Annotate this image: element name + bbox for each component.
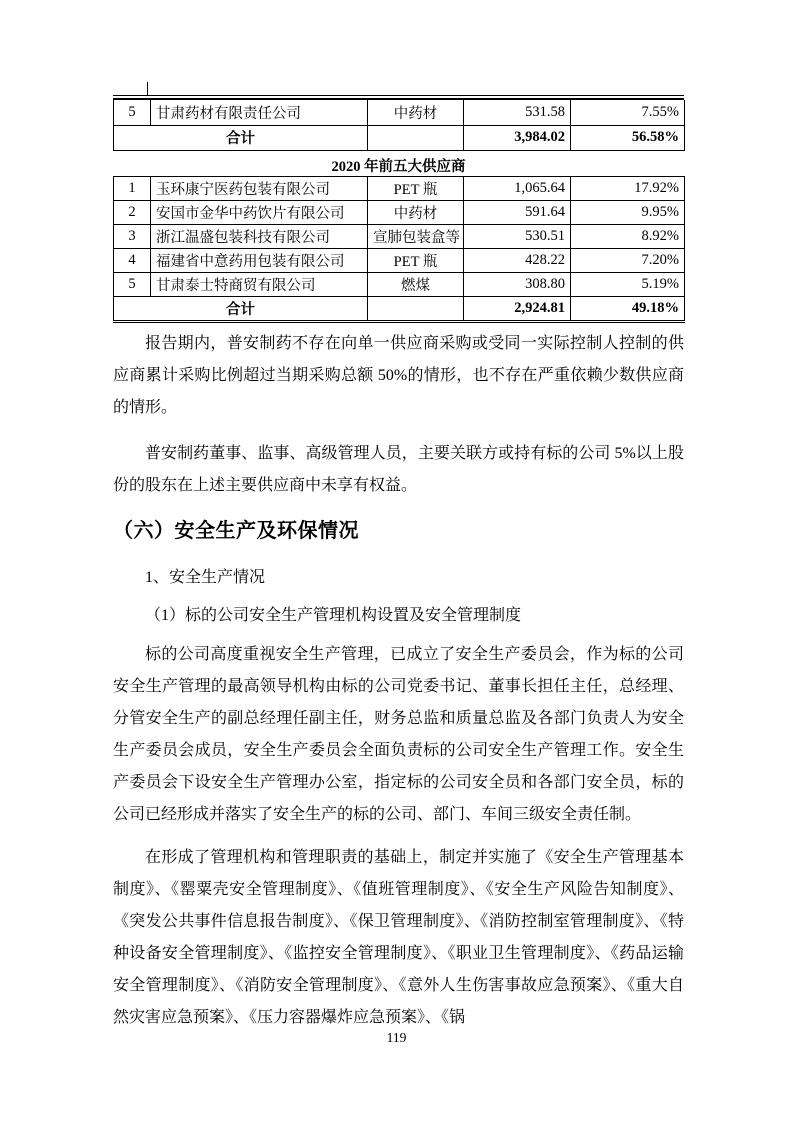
amount-cell: 531.58 bbox=[464, 100, 571, 125]
page-number: 119 bbox=[0, 1030, 793, 1046]
material-cell bbox=[368, 125, 464, 150]
material-cell: PET 瓶 bbox=[368, 176, 464, 200]
table-total-row: 合计 2,924.81 49.18% bbox=[114, 296, 685, 321]
paragraph-related-party: 普安制药董事、监事、高级管理人员，主要关联方或持有标的公司 5%以上股份的股东在… bbox=[113, 438, 684, 502]
row-index-cell: 2 bbox=[114, 200, 151, 224]
table-row: 5 甘肃药材有限责任公司 中药材 531.58 7.55% bbox=[114, 100, 685, 125]
percent-cell: 17.92% bbox=[571, 176, 685, 200]
table-row: 3 浙江温盛包装科技有限公司 宣肺包装盒等 530.51 8.92% bbox=[114, 224, 685, 248]
supplier-name-cell: 安国市金华中药饮片有限公司 bbox=[151, 200, 368, 224]
table-row: 2 安国市金华中药饮片有限公司 中药材 591.64 9.95% bbox=[114, 200, 685, 224]
paragraph-safety-systems: 在形成了管理机构和管理职责的基础上，制定并实施了《安全生产管理基本制度》、《罂粟… bbox=[113, 842, 684, 1034]
material-cell: 中药材 bbox=[368, 100, 464, 125]
page-content: 5 甘肃药材有限责任公司 中药材 531.58 7.55% 合计 3,984.0… bbox=[113, 95, 684, 1034]
table-pagebreak-tick bbox=[147, 82, 148, 95]
table-row: 1 玉环康宁医药包装有限公司 PET 瓶 1,065.64 17.92% bbox=[114, 176, 685, 200]
row-index-cell: 4 bbox=[114, 248, 151, 272]
percent-cell: 5.19% bbox=[571, 272, 685, 296]
subheading-1-1-safety-management: （1）标的公司安全生产管理机构设置及安全管理制度 bbox=[113, 600, 684, 632]
document-page: 5 甘肃药材有限责任公司 中药材 531.58 7.55% 合计 3,984.0… bbox=[0, 0, 793, 1122]
total-amount-cell: 3,984.02 bbox=[464, 125, 571, 150]
section-heading-6-safety-environment: （六）安全生产及环保情况 bbox=[113, 518, 684, 545]
material-cell: 燃煤 bbox=[368, 272, 464, 296]
row-index-cell: 3 bbox=[114, 224, 151, 248]
percent-cell: 7.20% bbox=[571, 248, 685, 272]
material-cell bbox=[368, 296, 464, 321]
table-caption-2020: 2020 年前五大供应商 bbox=[113, 151, 684, 176]
supplier-name-cell: 浙江温盛包装科技有限公司 bbox=[151, 224, 368, 248]
amount-cell: 308.80 bbox=[464, 272, 571, 296]
paragraph-safety-committee: 标的公司高度重视安全生产管理，已成立了安全生产委员会，作为标的公司安全生产管理的… bbox=[113, 639, 684, 831]
material-cell: PET 瓶 bbox=[368, 248, 464, 272]
supplier-name-cell: 福建省中意药用包装有限公司 bbox=[151, 248, 368, 272]
total-amount-cell: 2,924.81 bbox=[464, 296, 571, 321]
amount-cell: 591.64 bbox=[464, 200, 571, 224]
percent-cell: 8.92% bbox=[571, 224, 685, 248]
amount-cell: 1,065.64 bbox=[464, 176, 571, 200]
row-index-cell: 1 bbox=[114, 176, 151, 200]
paragraph-supplier-concentration: 报告期内，普安制药不存在向单一供应商采购或受同一实际控制人控制的供应商累计采购比… bbox=[113, 328, 684, 424]
table-total-row: 合计 3,984.02 56.58% bbox=[114, 125, 685, 150]
table-row: 5 甘肃泰士特商贸有限公司 燃煤 308.80 5.19% bbox=[114, 272, 685, 296]
supplier-name-cell: 甘肃药材有限责任公司 bbox=[151, 100, 368, 125]
row-index-cell: 5 bbox=[114, 100, 151, 125]
total-label-cell: 合计 bbox=[114, 125, 368, 150]
suppliers-table-continued: 5 甘肃药材有限责任公司 中药材 531.58 7.55% 合计 3,984.0… bbox=[113, 100, 685, 151]
row-index-cell: 5 bbox=[114, 272, 151, 296]
percent-cell: 9.95% bbox=[571, 200, 685, 224]
supplier-name-cell: 玉环康宁医药包装有限公司 bbox=[151, 176, 368, 200]
amount-cell: 428.22 bbox=[464, 248, 571, 272]
total-percent-cell: 49.18% bbox=[571, 296, 685, 321]
table-row: 4 福建省中意药用包装有限公司 PET 瓶 428.22 7.20% bbox=[114, 248, 685, 272]
material-cell: 中药材 bbox=[368, 200, 464, 224]
total-percent-cell: 56.58% bbox=[571, 125, 685, 150]
suppliers-table-2020: 1 玉环康宁医药包装有限公司 PET 瓶 1,065.64 17.92% 2 安… bbox=[113, 176, 685, 323]
amount-cell: 530.51 bbox=[464, 224, 571, 248]
total-label-cell: 合计 bbox=[114, 296, 368, 321]
percent-cell: 7.55% bbox=[571, 100, 685, 125]
material-cell: 宣肺包装盒等 bbox=[368, 224, 464, 248]
supplier-name-cell: 甘肃泰士特商贸有限公司 bbox=[151, 272, 368, 296]
subheading-1-safety-production: 1、安全生产情况 bbox=[113, 562, 684, 594]
